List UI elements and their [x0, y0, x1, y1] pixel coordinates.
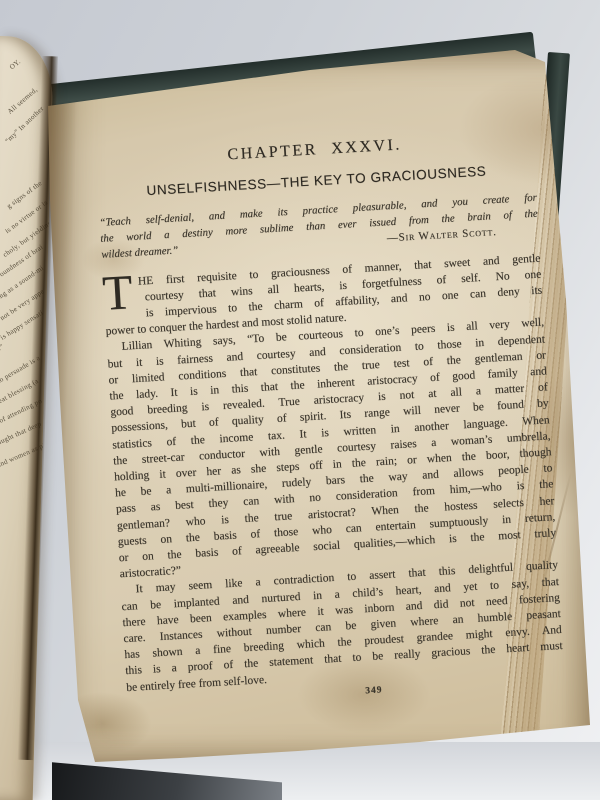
epigraph-line-text: wildest dreamer.” [101, 245, 179, 261]
right-page: CHAPTER XXXVI. UNSELFISHNESS—THE KEY TO … [48, 42, 593, 767]
page-content: CHAPTER XXXVI. UNSELFISHNESS—THE KEY TO … [94, 103, 565, 710]
left-page-text-fragment: OY. [8, 58, 22, 72]
drop-cap: T [101, 270, 133, 316]
book-photo: OY. All seemed, “my” In another g signs … [0, 0, 600, 800]
body-text: T HE first requisite to graciousness of … [102, 250, 564, 696]
left-page-text-fragment: s.” [0, 342, 5, 353]
